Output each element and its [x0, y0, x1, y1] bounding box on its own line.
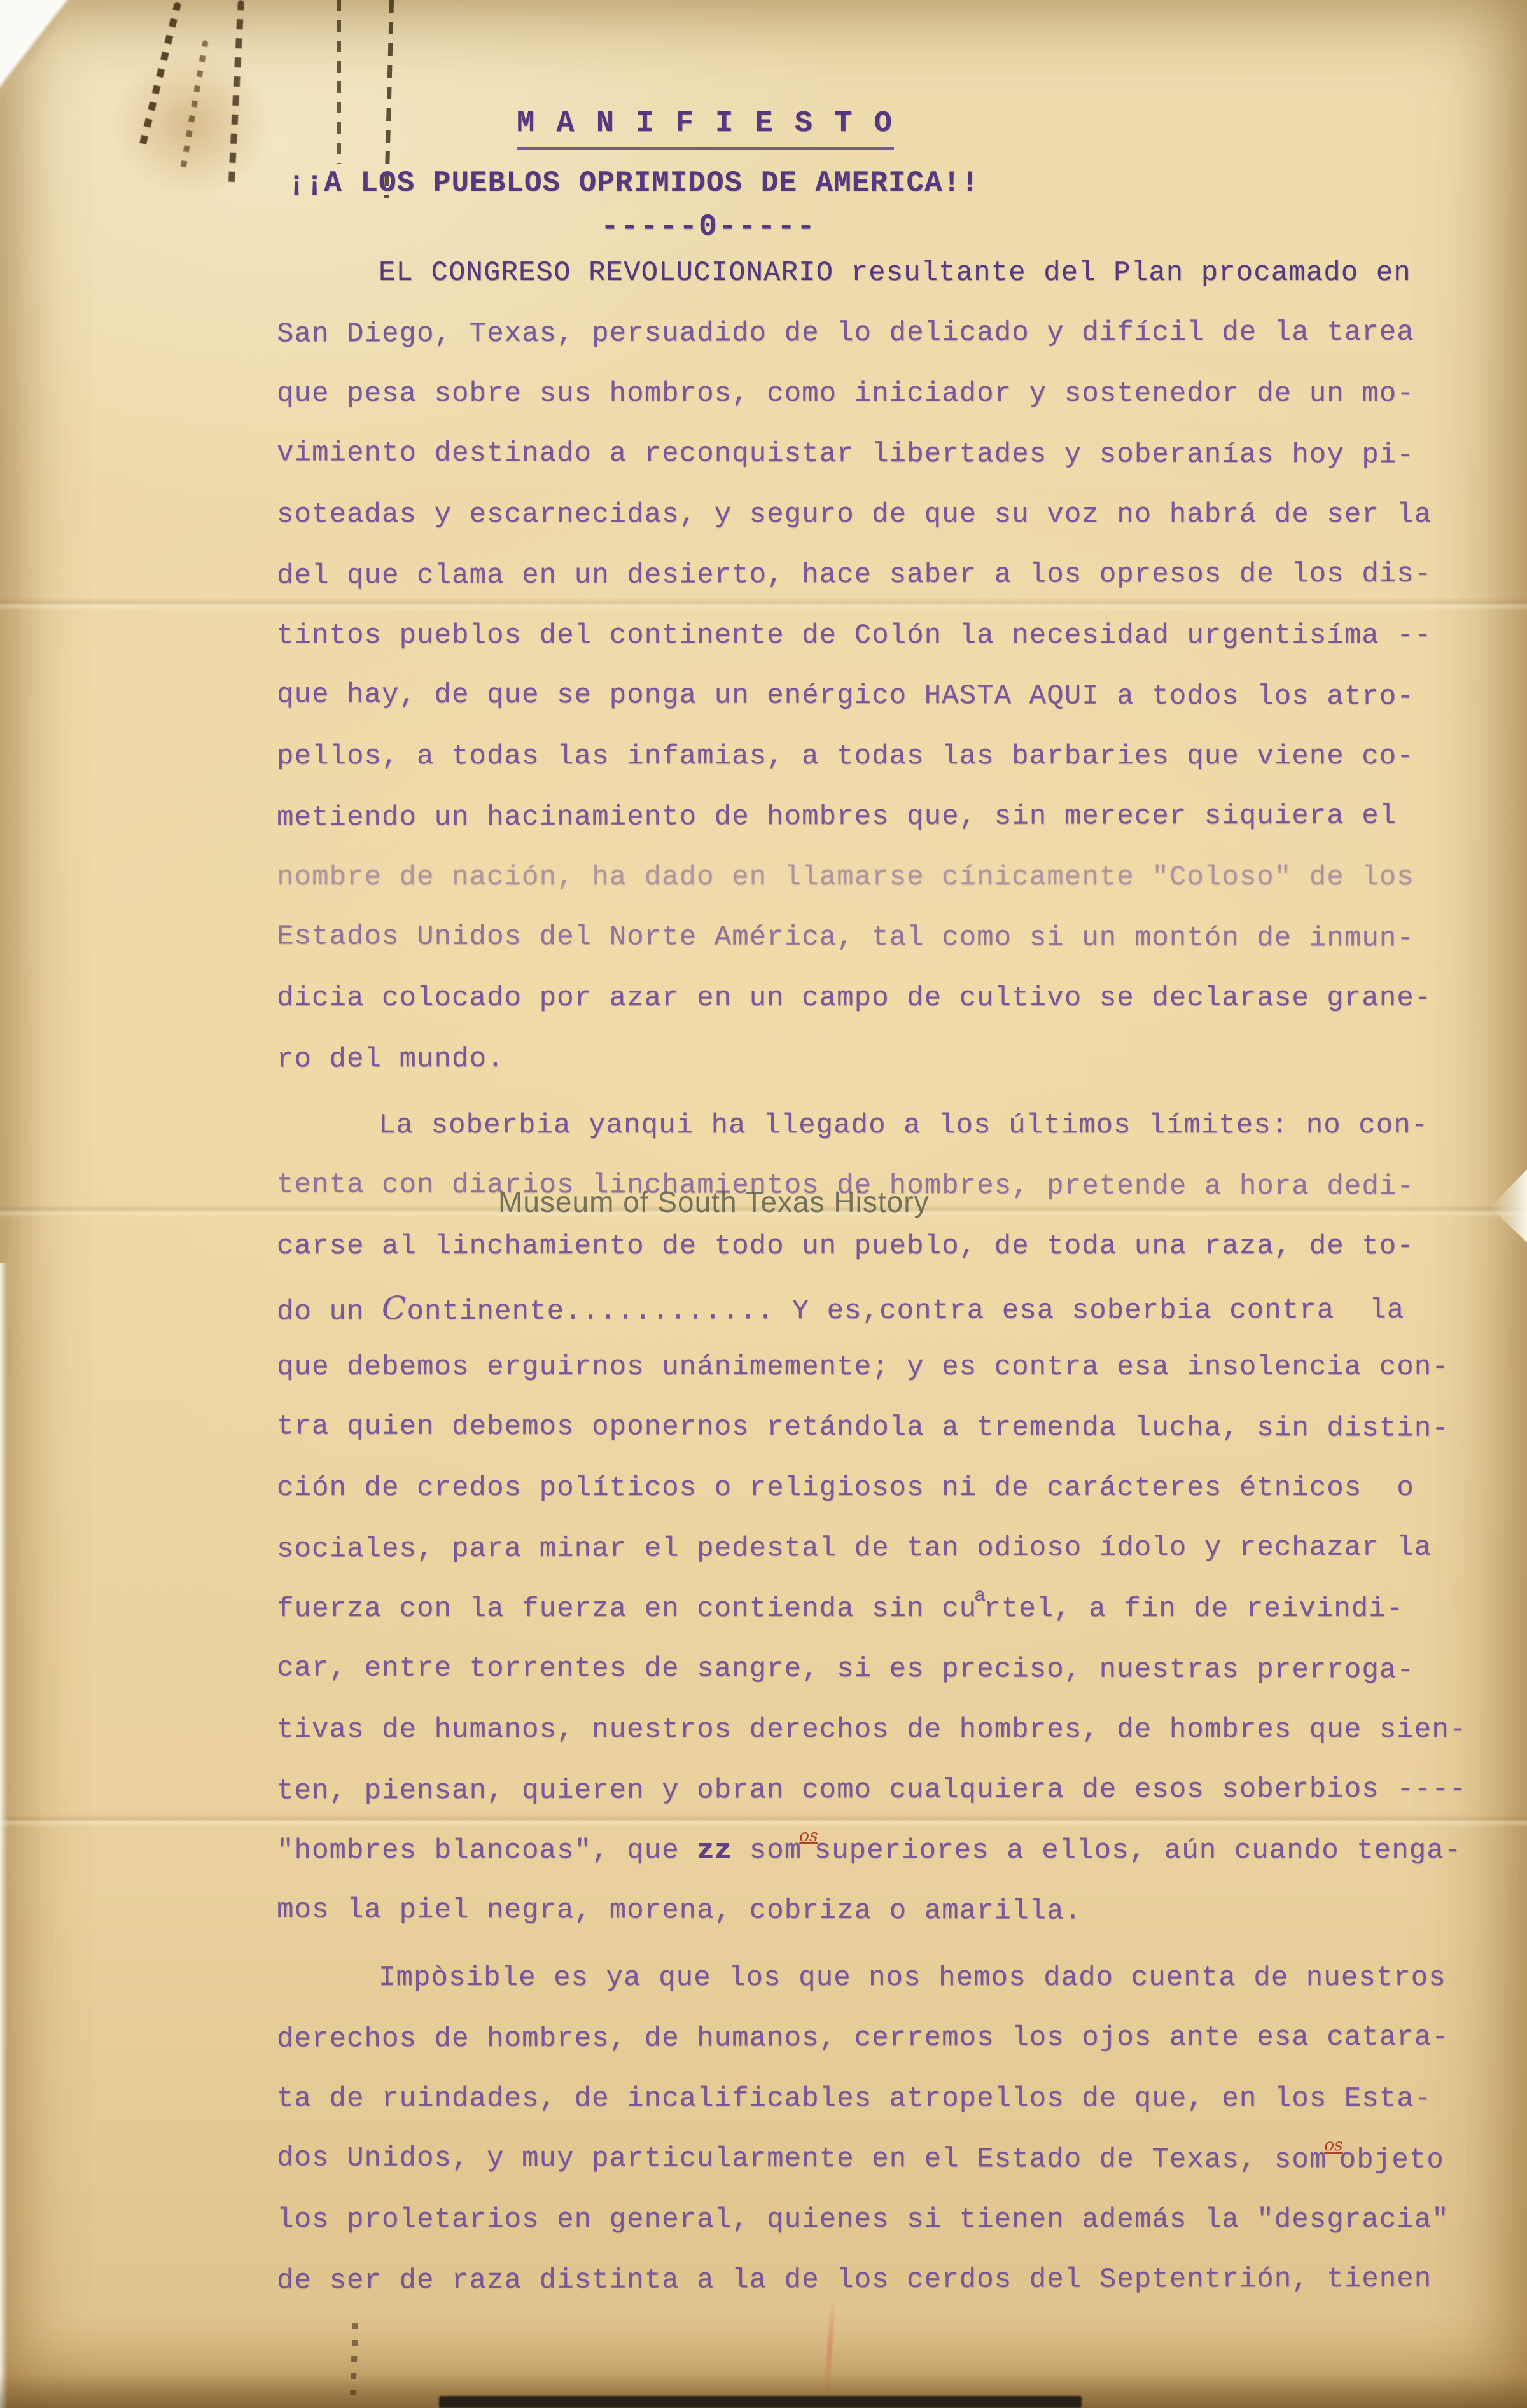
text-line: derechos de hombres, de humanos, cerremo… — [277, 2008, 1473, 2070]
typed-text: Estados Unidos del Norte América, tal co… — [277, 921, 1414, 954]
typed-text: nombre de nación, ha dado en llamarse cí… — [277, 861, 1414, 893]
text-line: pellos, a todas las infamias, a todas la… — [277, 727, 1473, 787]
text-line: del que clama en un desierto, hace saber… — [277, 545, 1473, 607]
ink-streak-stain — [337, 0, 341, 164]
text-line: carse al linchamiento de todo un pueblo,… — [277, 1216, 1473, 1277]
typed-text: fuerza con la fuerza en contienda sin cu — [277, 1593, 977, 1625]
typed-text: "hombres blancoas", que — [277, 1835, 697, 1867]
typed-text: metiendo un hacinamiento de hombres que,… — [277, 800, 1397, 834]
typed-text: ta de ruindades, de incalificables atrop… — [277, 2083, 1432, 2115]
document-body: EL CONGRESO REVOLUCIONARIO resultante de… — [277, 243, 1473, 2311]
typed-text: que pesa sobre sus hombros, como iniciad… — [277, 378, 1414, 410]
typed-text: ontinente............ Y es,contra esa so… — [407, 1295, 1404, 1328]
correction-text: os — [799, 1826, 818, 1846]
text-line: que pesa sobre sus hombros, como iniciad… — [277, 364, 1473, 424]
typed-text: rtel, a fin de reivindi- — [984, 1593, 1404, 1625]
typed-text: de ser de raza distinta a la de los cerd… — [277, 2264, 1432, 2297]
text-line: metiendo un hacinamiento de hombres que,… — [277, 786, 1473, 849]
text-line: nombre de nación, ha dado en llamarse cí… — [277, 847, 1473, 908]
ornamental-divider: -----0----- — [601, 210, 816, 244]
text-line: dos Unidos, y muy particularmente en el … — [277, 2128, 1473, 2190]
text-line: EL CONGRESO REVOLUCIONARIO resultante de… — [277, 243, 1473, 303]
typed-text: La soberbia yanqui ha llegado a los últi… — [379, 1110, 1428, 1141]
typed-text: Impòsible es ya que los que nos hemos da… — [379, 1962, 1446, 1994]
typed-text: que hay, de que se ponga un enérgico HAS… — [277, 679, 1414, 713]
text-line: car, entre torrentes de sangre, si es pr… — [277, 1638, 1473, 1701]
text-line: vimiento destinado a reconquistar libert… — [277, 423, 1473, 485]
scan-edge — [0, 1263, 8, 2408]
typed-text: derechos de hombres, de humanos, cerremo… — [277, 2022, 1449, 2056]
typed-text: sociales, para minar el pedestal de tan … — [277, 1532, 1432, 1566]
correction-text: os — [1324, 2135, 1342, 2155]
text-line: tivas de humanos, nuestros derechos de h… — [277, 1700, 1473, 1760]
manifesto-document-page: M A N I F I E S T O ¡¡A LOS PUEBLOS OPRI… — [0, 0, 1527, 2408]
typed-text: EL CONGRESO REVOLUCIONARIO resultante de… — [379, 257, 1411, 289]
typed-text: San Diego, Texas, persuadido de lo delic… — [277, 317, 1414, 351]
typed-text: soteadas y escarnecidas, y seguro de que… — [277, 499, 1432, 531]
text-line: ta de ruindades, de incalificables atrop… — [277, 2069, 1473, 2129]
typed-text: dicia colocado por azar en un campo de c… — [277, 982, 1432, 1014]
text-line: "hombres blancoas", que zz somossuperior… — [277, 1821, 1473, 1881]
typed-text: los proletarios en general, quienes si t… — [277, 2204, 1449, 2236]
text-line: ro del mundo. — [277, 1028, 1473, 1090]
text-line: San Diego, Texas, persuadido de lo delic… — [277, 303, 1473, 365]
edge-tear — [1490, 1169, 1527, 1242]
text-line: La soberbia yanqui ha llegado a los últi… — [277, 1096, 1473, 1156]
typed-text: do un — [277, 1296, 382, 1328]
typed-text: ro del mundo. — [277, 1043, 505, 1076]
typed-text: tra quien debemos oponernos retándola a … — [277, 1410, 1449, 1444]
text-line: ción de credos políticos o religiosos ni… — [277, 1458, 1473, 1519]
museum-watermark: Museum of South Texas History — [498, 1185, 930, 1219]
text-line: que debemos erguirnos unánimemente; y es… — [277, 1337, 1473, 1398]
document-title: M A N I F I E S T O — [517, 107, 894, 141]
text-line: soteadas y escarnecidas, y seguro de que… — [277, 485, 1473, 545]
text-line: ten, piensan, quieren y obran como cualq… — [277, 1760, 1473, 1822]
typed-text: dos Unidos, y muy particularmente en el … — [277, 2142, 1327, 2176]
typed-text: del que clama en un desierto, hace saber… — [277, 559, 1432, 592]
page-corner-curl — [0, 0, 83, 118]
text-line: dicia colocado por azar en un campo de c… — [277, 968, 1473, 1029]
text-line: fuerza con la fuerza en contienda sin cu… — [277, 1579, 1473, 1639]
text-line: los proletarios en general, quienes si t… — [277, 2190, 1473, 2250]
text-line: que hay, de que se ponga un enérgico HAS… — [277, 665, 1473, 727]
text-line: Impòsible es ya que los que nos hemos da… — [277, 1948, 1473, 2008]
correction-text: a — [974, 1585, 986, 1606]
typed-text: som — [732, 1835, 802, 1867]
text-line: mos la piel negra, morena, cobriza o ama… — [277, 1880, 1473, 1942]
text-line: tintos pueblos del continente de Colón l… — [277, 606, 1473, 666]
text-line: do un Continente............ Y es,contra… — [277, 1276, 1473, 1339]
typed-text: superiores a ellos, aún cuando tenga- — [814, 1835, 1462, 1867]
scan-edge-bar — [439, 2396, 1082, 2408]
text-line: Estados Unidos del Norte América, tal co… — [277, 907, 1473, 969]
text-line: sociales, para minar el pedestal de tan … — [277, 1518, 1473, 1580]
typed-text: ción de credos políticos o religiosos ni… — [277, 1472, 1414, 1504]
correction-text: zz — [697, 1835, 732, 1867]
typed-text: carse al linchamiento de todo un pueblo,… — [277, 1230, 1414, 1262]
typed-text: car, entre torrentes de sangre, si es pr… — [277, 1652, 1414, 1686]
typed-text: tivas de humanos, nuestros derechos de h… — [277, 1714, 1467, 1746]
typed-text: ten, piensan, quieren y obran como cualq… — [277, 1774, 1467, 1807]
document-subtitle: ¡¡A LOS PUEBLOS OPRIMIDOS DE AMERICA!! — [288, 167, 979, 200]
typed-text: mos la piel negra, morena, cobriza o ama… — [277, 1894, 1082, 1927]
text-line: de ser de raza distinta a la de los cerd… — [277, 2250, 1473, 2312]
typed-text: que debemos erguirnos unánimemente; y es… — [277, 1351, 1449, 1383]
typed-text: pellos, a todas las infamias, a todas la… — [277, 741, 1414, 772]
typed-text: objeto — [1339, 2144, 1444, 2176]
text-line: tra quien debemos oponernos retándola a … — [277, 1396, 1473, 1459]
correction-text: C — [382, 1289, 407, 1326]
typed-text: vimiento destinado a reconquistar libert… — [277, 437, 1414, 471]
typed-text: tintos pueblos del continente de Colón l… — [277, 620, 1432, 651]
